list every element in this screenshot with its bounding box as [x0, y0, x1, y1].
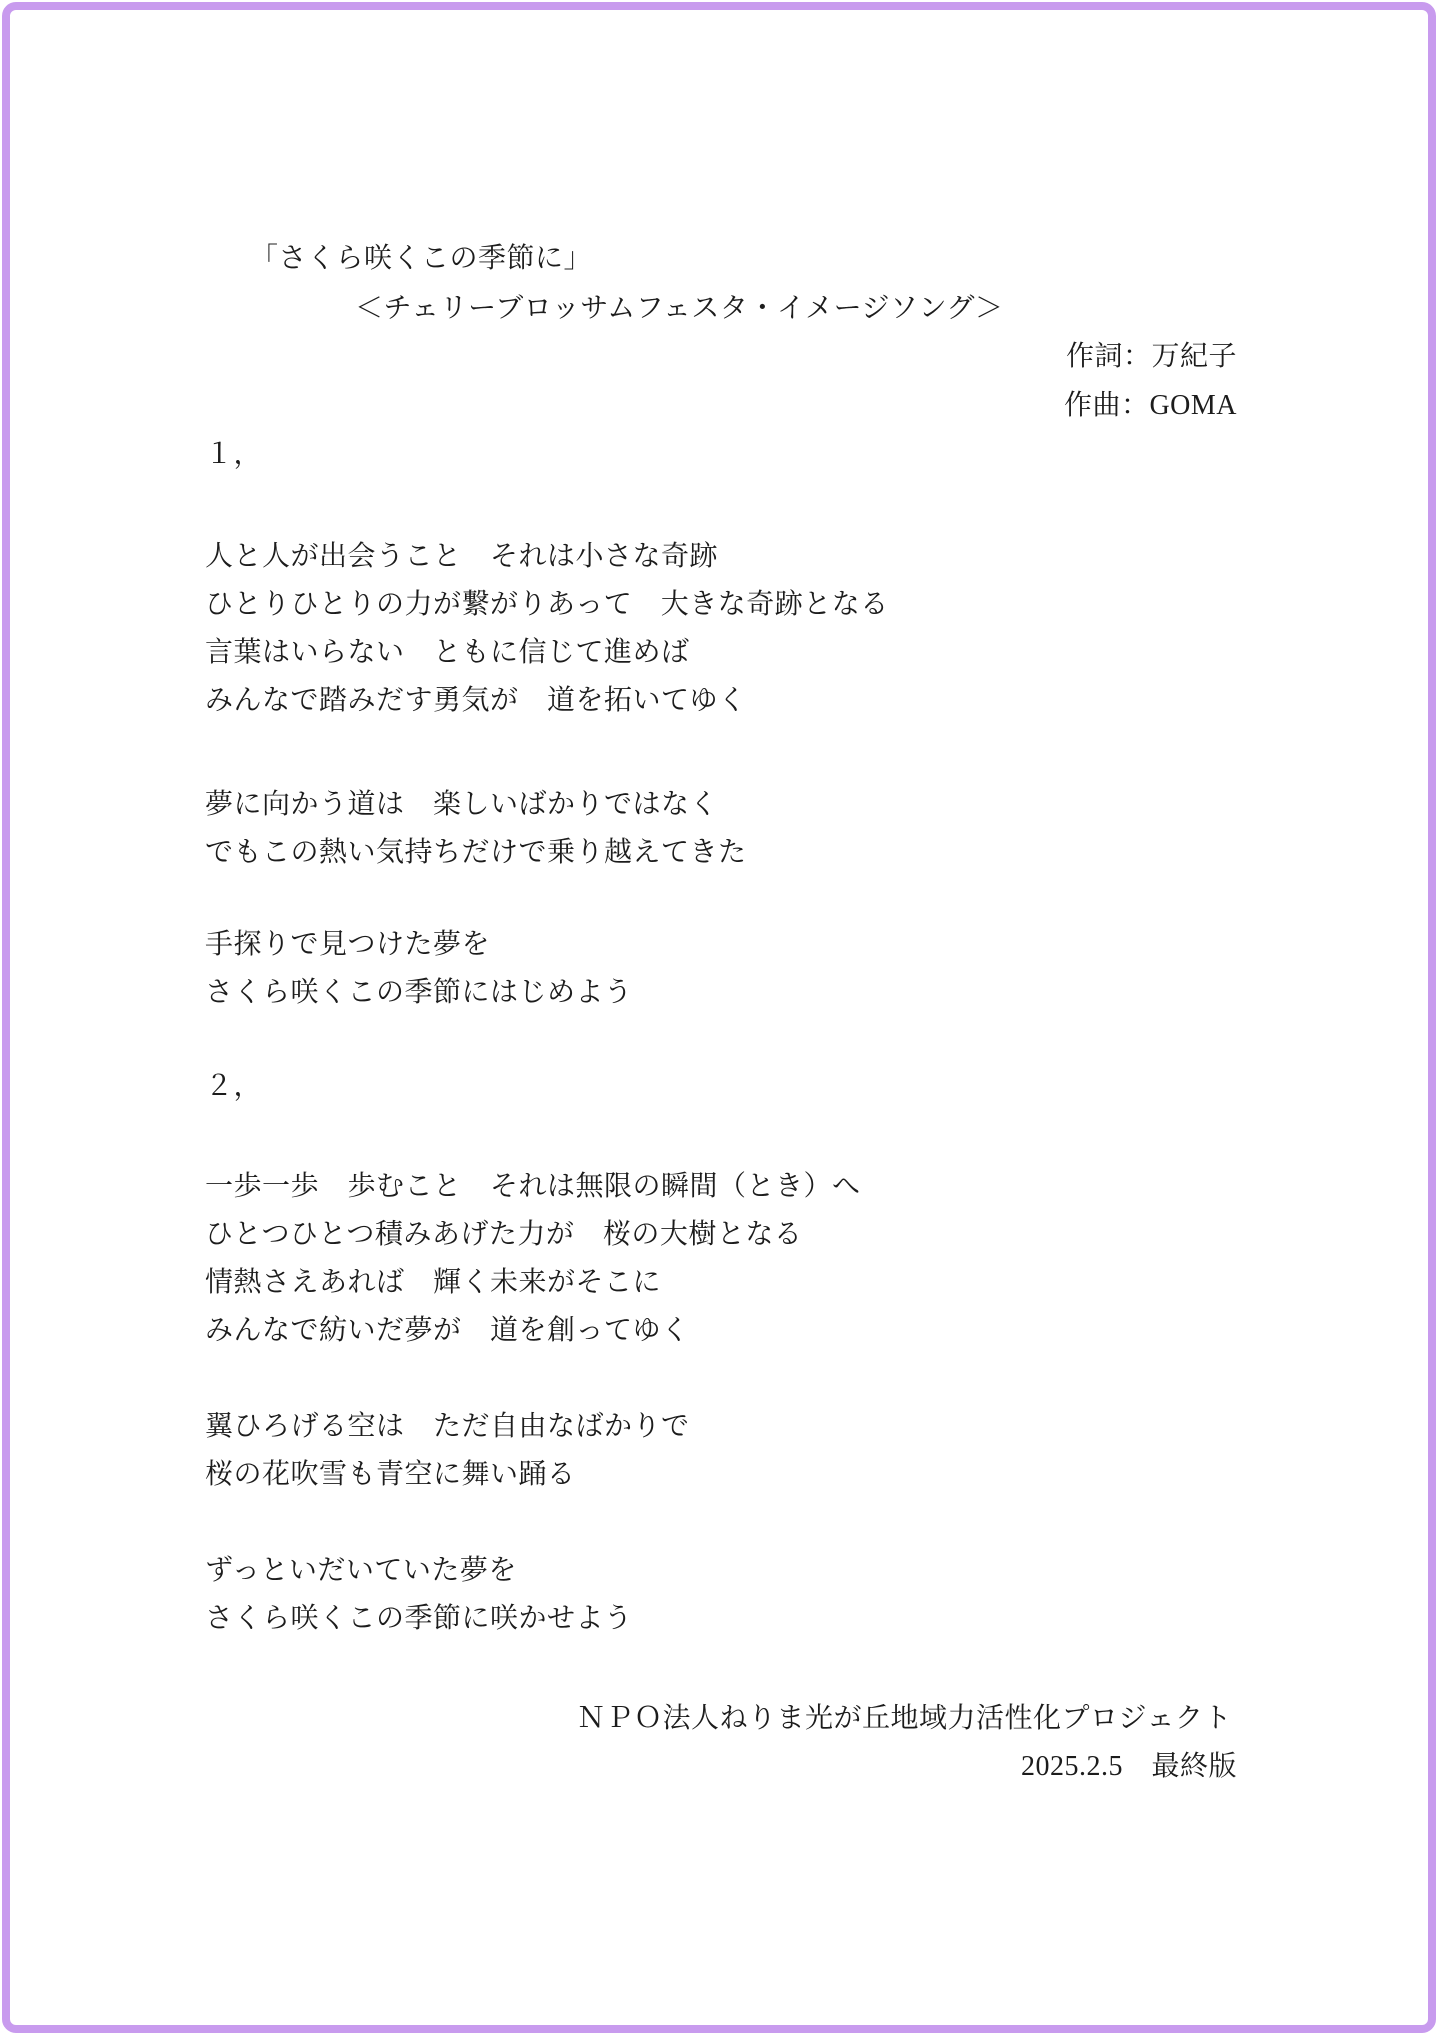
- verse-2-line: さくら咲くこの季節に咲かせよう: [205, 1602, 633, 1636]
- verse-2-line: 桜の花吹雪も青空に舞い踊る: [205, 1458, 576, 1492]
- verse-1-line: さくら咲くこの季節にはじめよう: [205, 976, 633, 1010]
- footer-organization: ＮＰＯ法人ねりま光が丘地域力活性化プロジェクト: [577, 1702, 1232, 1736]
- verse-1-line: 言葉はいらない ともに信じて進めば: [205, 636, 690, 670]
- verse-1-line: でもこの熱い気持ちだけで乗り越えてきた: [205, 836, 747, 870]
- song-subtitle: ＜チェリーブロッサムフェスタ・イメージソング＞: [355, 292, 1004, 326]
- verse-1-marker: １，: [205, 438, 262, 472]
- lyricist-credit: 作詞：万紀子: [1066, 340, 1237, 374]
- lyric-sheet-page: 「さくら咲くこの季節に」 ＜チェリーブロッサムフェスタ・イメージソング＞ 作詞：…: [0, 0, 1440, 2036]
- verse-2-marker: ２，: [205, 1070, 262, 1104]
- composer-credit: 作曲：GOMA: [1064, 389, 1237, 423]
- verse-2-line: ひとつひとつ積みあげた力が 桜の大樹となる: [205, 1218, 802, 1252]
- verse-2-line: みんなで紡いだ夢が 道を創ってゆく: [205, 1314, 690, 1348]
- verse-1-line: 手探りで見つけた夢を: [205, 928, 490, 962]
- verse-1-line: ひとりひとりの力が繋がりあって 大きな奇跡となる: [205, 588, 889, 622]
- verse-2-line: 情熱さえあれば 輝く未来がそこに: [205, 1266, 661, 1300]
- verse-1-line: 人と人が出会うこと それは小さな奇跡: [205, 540, 718, 574]
- verse-2-line: 一歩一歩 歩むこと それは無限の瞬間（とき）へ: [205, 1170, 861, 1204]
- verse-1-line: みんなで踏みだす勇気が 道を拓いてゆく: [205, 684, 747, 718]
- song-title: 「さくら咲くこの季節に」: [250, 242, 592, 276]
- verse-2-line: 翼ひろげる空は ただ自由なばかりで: [205, 1410, 690, 1444]
- footer-date-version: 2025.2.5 最終版: [1021, 1750, 1237, 1784]
- verse-1-line: 夢に向かう道は 楽しいばかりではなく: [205, 788, 718, 822]
- verse-2-line: ずっといだいていた夢を: [205, 1554, 517, 1588]
